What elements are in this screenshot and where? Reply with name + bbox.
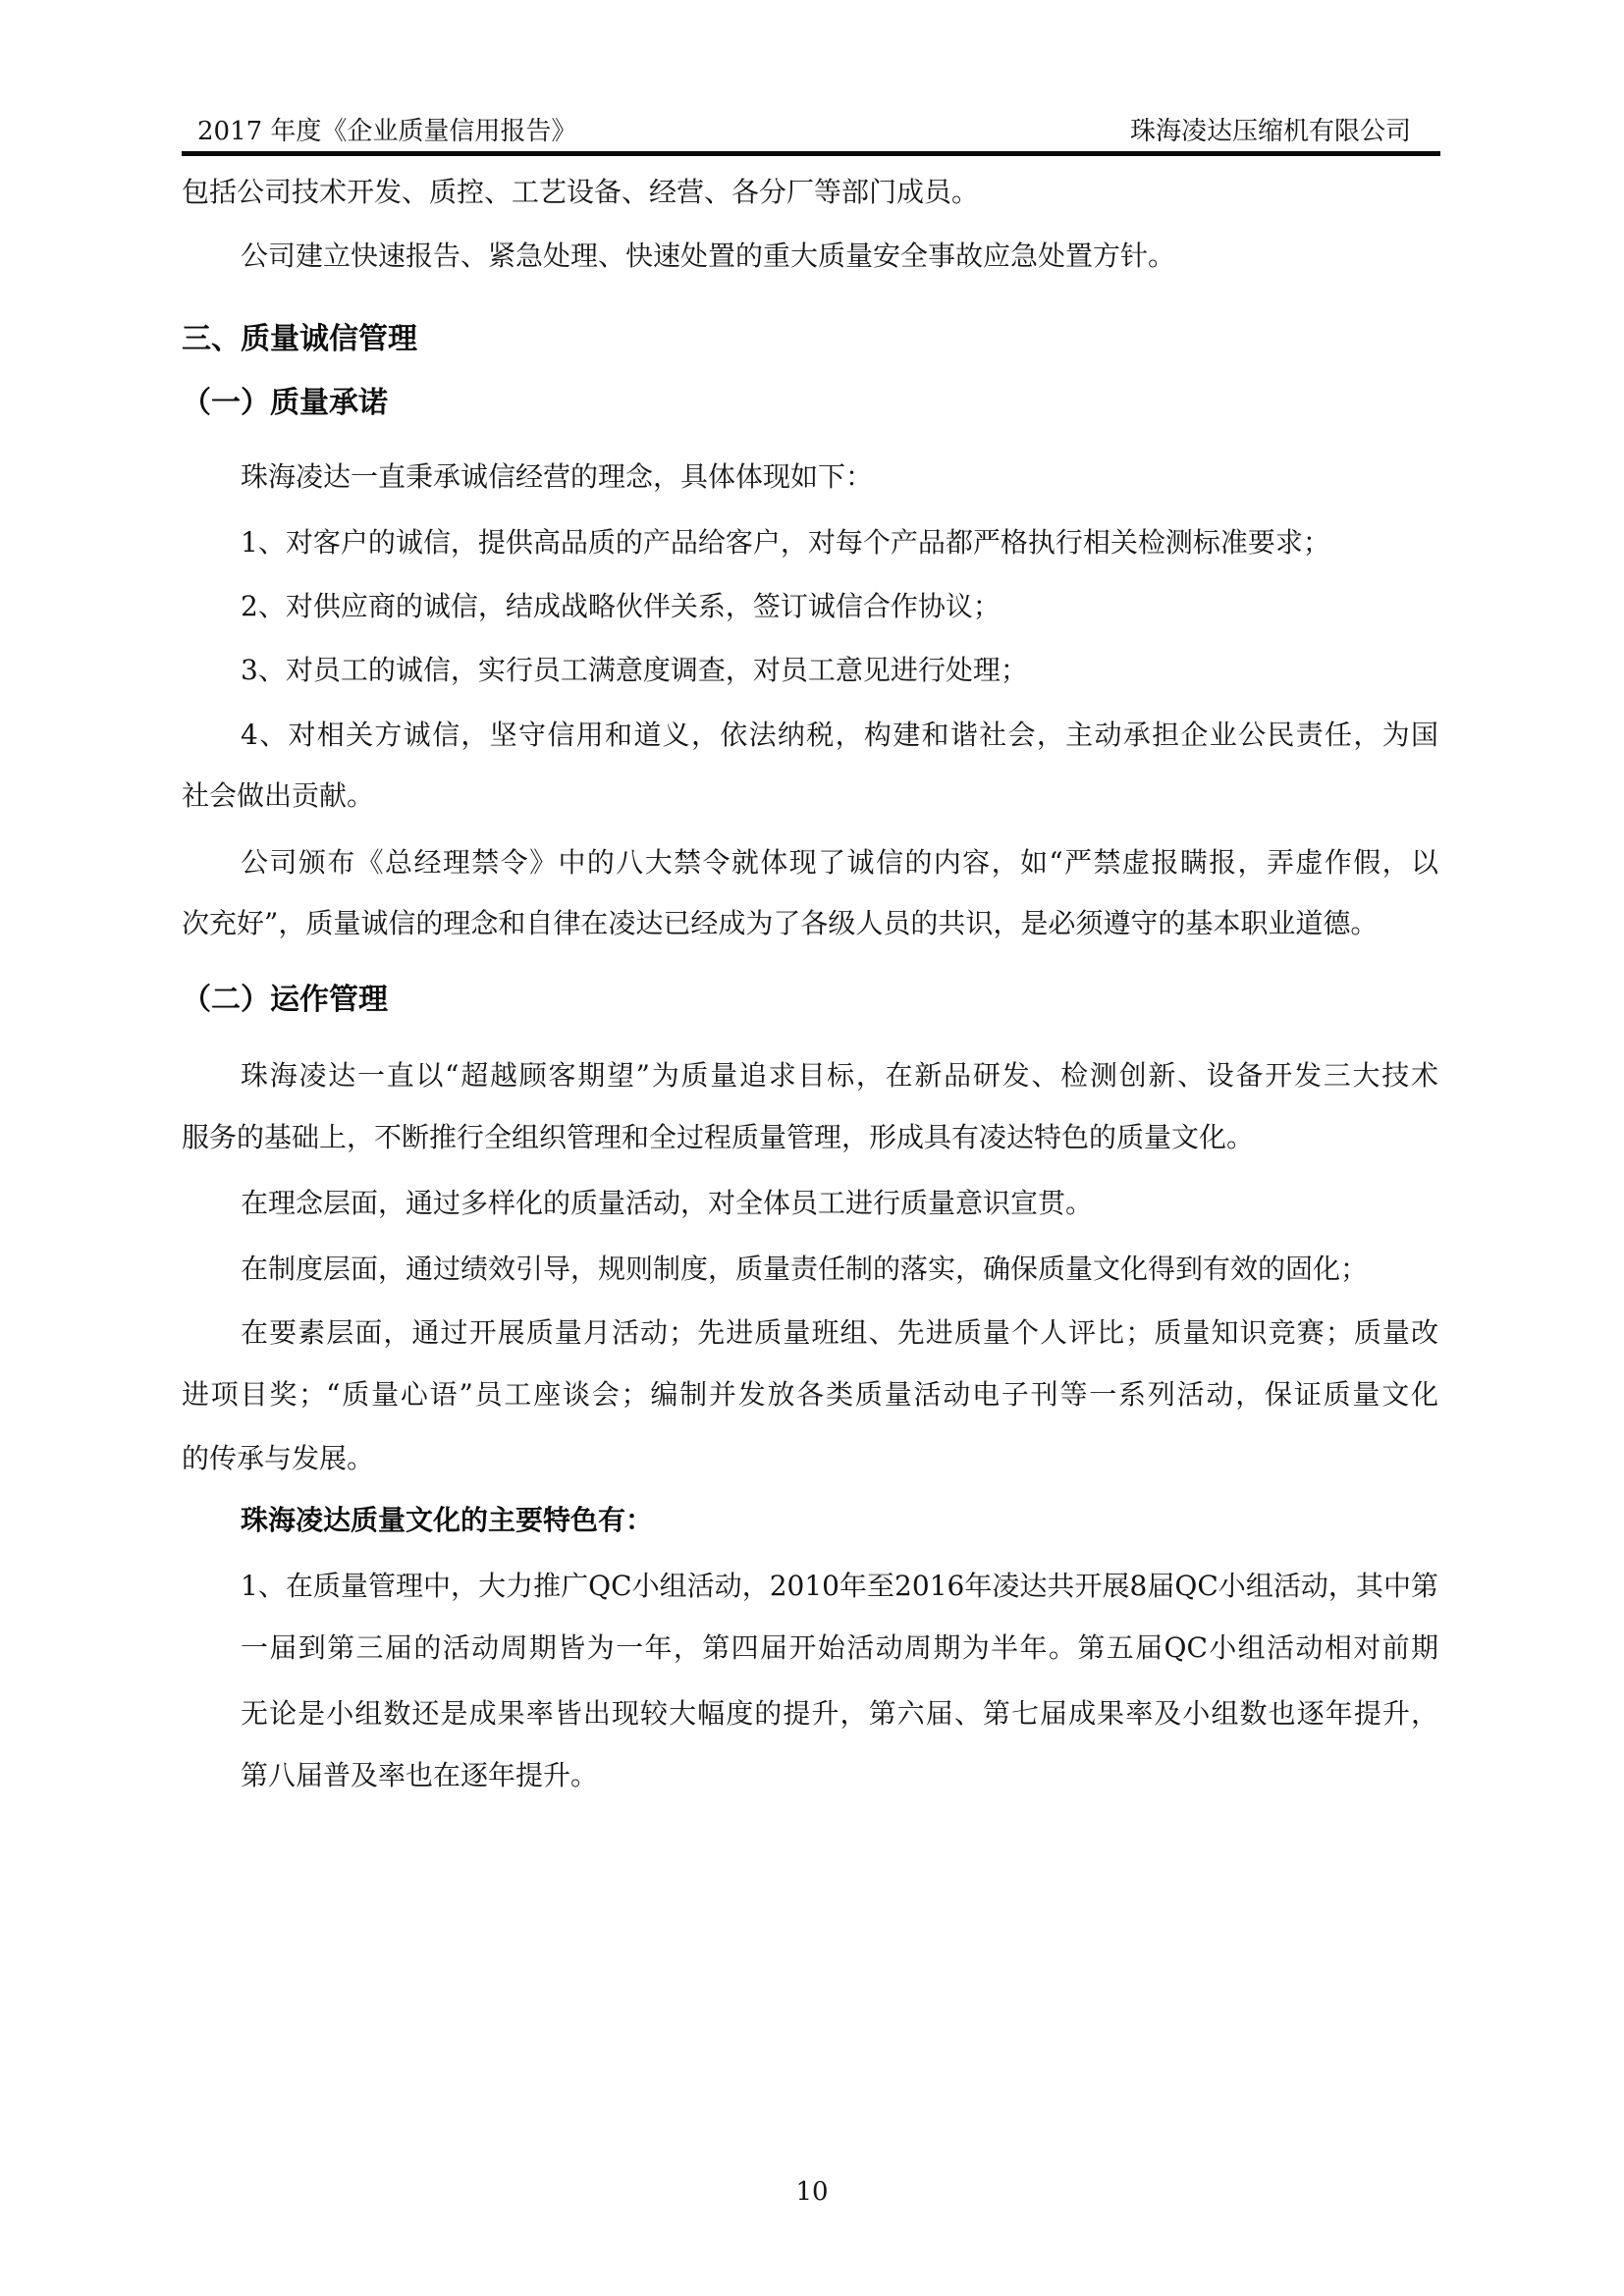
paragraph-line: 服务的基础上，不断推行全组织管理和全过程质量管理，形成具有凌达特色的质量文化。 [182,1105,1438,1169]
list-item-2: 2、对供应商的诚信，结成战略伙伴关系，签订诚信合作协议； [182,574,1438,638]
paragraph-line: 社会做出贡献。 [182,764,1438,828]
page-footer: 10 [0,2167,1624,2216]
paragraph-line: 在制度层面，通过绩效引导，规则制度，质量责任制的落实，确保质量文化得到有效的固化… [182,1237,1438,1301]
page-header: 2017 年度《企业质量信用报告》 珠海凌达压缩机有限公司 [182,106,1440,157]
document-page: 2017 年度《企业质量信用报告》 珠海凌达压缩机有限公司 包括公司技术开发、质… [0,0,1624,2296]
paragraph-line: 1、在质量管理中，大力推广QC小组活动，2010年至2016年凌达共开展8届QC… [182,1554,1438,1618]
paragraph-line: 珠海凌达一直以“超越顾客期望”为质量追求目标，在新品研发、检测创新、设备开发三大… [182,1043,1438,1107]
header-rule [182,151,1440,156]
page-number: 10 [795,2177,828,2207]
paragraph-line: 公司颁布《总经理禁令》中的八大禁令就体现了诚信的内容，如“严禁虚报瞒报，弄虚作假… [182,830,1438,894]
list-item-3: 3、对员工的诚信，实行员工满意度调查，对员工意见进行处理； [182,638,1438,702]
paragraph-line: 包括公司技术开发、质控、工艺设备、经营、各分厂等部门成员。 [182,160,1438,224]
paragraph-line: 的传承与发展。 [182,1426,1438,1490]
list-item-4: 4、对相关方诚信，坚守信用和道义，依法纳税，构建和谐社会，主动承担企业公民责任，… [182,703,1438,767]
paragraph-line: 在要素层面，通过开展质量月活动；先进质量班组、先进质量个人评比；质量知识竞赛；质… [182,1301,1438,1364]
subsection-heading-2: （二）运作管理 [182,968,1438,1032]
list-item-1: 1、对客户的诚信，提供高品质的产品给客户，对每个产品都严格执行相关检测标准要求； [182,510,1438,574]
header-report-title: 2017 年度《企业质量信用报告》 [197,106,576,157]
paragraph-line: 珠海凌达一直秉承诚信经营的理念，具体体现如下： [182,445,1438,508]
header-company-name: 珠海凌达压缩机有限公司 [1130,106,1411,157]
subsection-heading-1: （一）质量承诺 [182,371,1438,435]
paragraph-line: 无论是小组数还是成果率皆出现较大幅度的提升，第六届、第七届成果率及小组数也逐年提… [182,1682,1438,1745]
paragraph-line: 在理念层面，通过多样化的质量活动，对全体员工进行质量意识宣贯。 [182,1171,1438,1235]
paragraph-line: 进项目奖；“质量心语”员工座谈会；编制并发放各类质量活动电子刊等一系列活动，保证… [182,1362,1438,1426]
paragraph-line: 一届到第三届的活动周期皆为一年，第四届开始活动周期为半年。第五届QC小组活动相对… [182,1616,1438,1680]
paragraph-line: 第八届普及率也在逐年提升。 [182,1743,1438,1807]
paragraph-line: 公司建立快速报告、紧急处理、快速处置的重大质量安全事故应急处置方针。 [182,224,1438,288]
bold-lead-line: 珠海凌达质量文化的主要特色有： [182,1488,1438,1552]
paragraph-line: 次充好”，质量诚信的理念和自律在凌达已经成为了各级人员的共识，是必须遵守的基本职… [182,891,1438,955]
section-heading-3: 三、质量诚信管理 [182,307,1438,371]
